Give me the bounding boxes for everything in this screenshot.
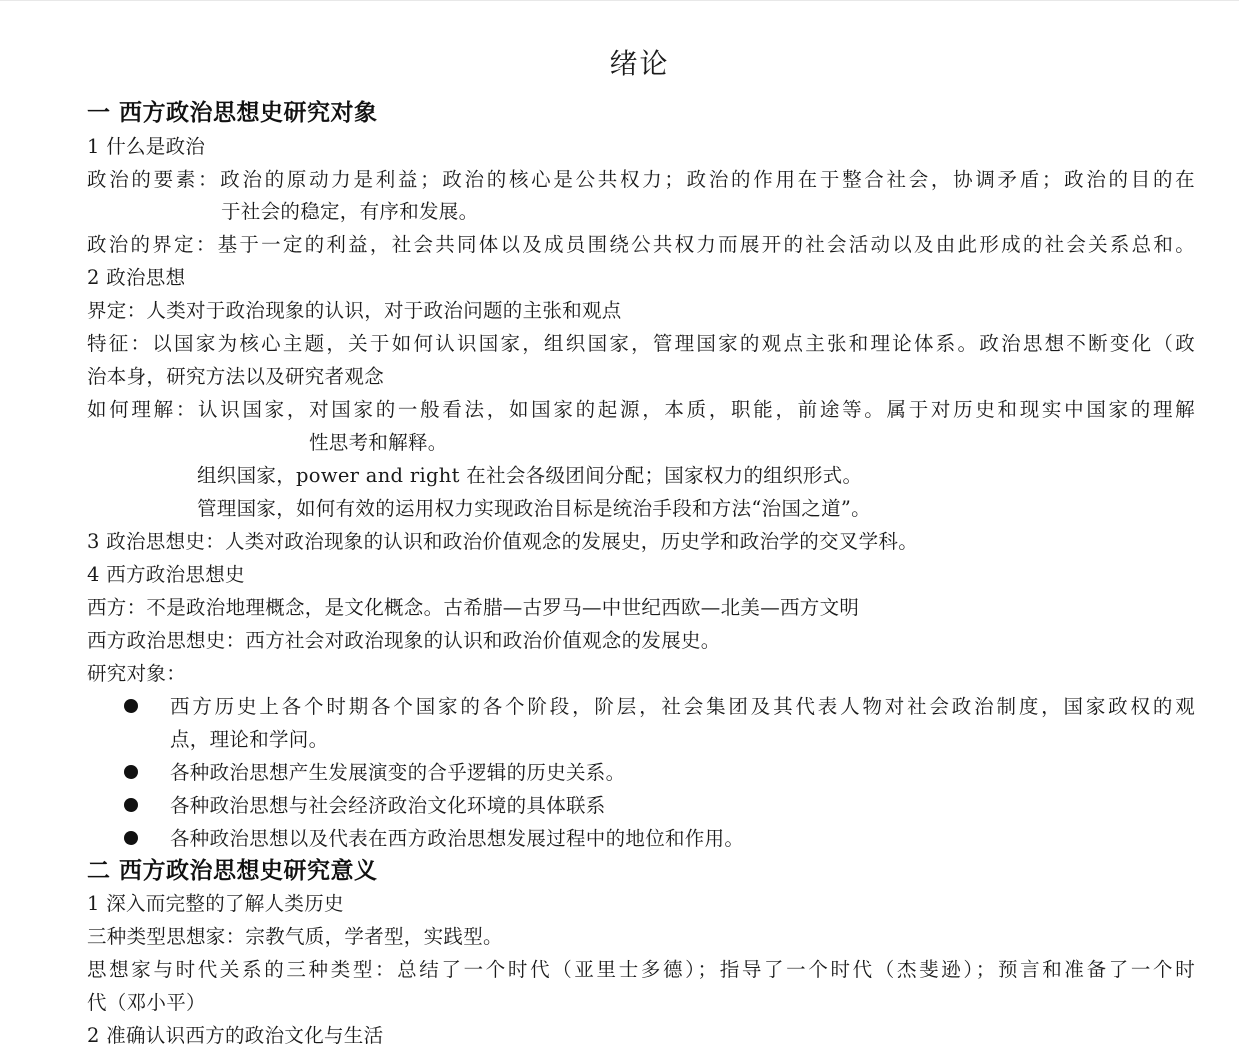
section-heading-2: 二 西方政治思想史研究意义 [87,855,378,887]
bullet-item: 各种政治思想产生发展演变的合乎逻辑的历史关系。 [170,758,625,788]
text-line: 治本身，研究方法以及研究者观念 [87,362,384,392]
text-line: 特征：以国家为核心主题，关于如何认识国家，组织国家，管理国家的观点主张和理论体系… [87,329,1195,359]
document-title: 绪论 [0,44,1239,84]
bullet-item: 西方历史上各个时期各个国家的各个阶段，阶层，社会集团及其代表人物对社会政治制度，… [170,692,1195,722]
text-line: 代（邓小平） [87,988,206,1018]
text-line: 如何理解：认识国家，对国家的一般看法，如国家的起源，本质，职能，前途等。属于对历… [87,395,1195,425]
text-line: 西方：不是政治地理概念，是文化概念。古希腊—古罗马—中世纪西欧—北美—西方文明 [87,593,859,623]
text-line: 界定：人类对于政治现象的认识，对于政治问题的主张和观点 [87,296,622,326]
bullet-icon [124,765,138,779]
text-line-indented: 组织国家，power and right 在社会各级团间分配；国家权力的组织形式… [197,461,862,491]
subheading-what-is-politics: 1 什么是政治 [87,132,205,162]
text-line: 政治的要素：政治的原动力是利益；政治的核心是公共权力；政治的作用在于整合社会，协… [87,165,1195,195]
section-heading-1: 一 西方政治思想史研究对象 [87,97,378,129]
subheading-western-political-thought: 4 西方政治思想史 [87,560,245,590]
bullet-icon [124,798,138,812]
text-line: 西方政治思想史：西方社会对政治现象的认识和政治价值观念的发展史。 [87,626,721,656]
text-line: 3 政治思想史：人类对政治现象的认识和政治价值观念的发展史，历史学和政治学的交叉… [87,527,918,557]
text-line-continuation: 于社会的稳定，有序和发展。 [221,197,478,227]
text-line: 思想家与时代关系的三种类型：总结了一个时代（亚里士多德）；指导了一个时代（杰斐逊… [87,955,1195,985]
text-line-continuation: 性思考和解释。 [309,428,448,458]
bullet-item: 各种政治思想与社会经济政治文化环境的具体联系 [170,791,606,821]
text-line: 三种类型思想家：宗教气质，学者型，实践型。 [87,922,503,952]
subheading-understand-history: 1 深入而完整的了解人类历史 [87,889,344,919]
bullet-icon [124,831,138,845]
bullet-item-continuation: 点，理论和学问。 [170,725,328,755]
subheading-political-thought: 2 政治思想 [87,263,185,293]
subheading-western-political-culture: 2 准确认识西方的政治文化与生活 [87,1021,383,1051]
document-page: 绪论 一 西方政治思想史研究对象 1 什么是政治 政治的要素：政治的原动力是利益… [0,0,1239,1053]
text-line: 研究对象： [87,659,186,689]
text-line-indented: 管理国家，如何有效的运用权力实现政治目标是统治手段和方法“治国之道”。 [197,494,871,524]
bullet-item: 各种政治思想以及代表在西方政治思想发展过程中的地位和作用。 [170,824,744,854]
text-line: 政治的界定：基于一定的利益，社会共同体以及成员围绕公共权力而展开的社会活动以及由… [87,230,1195,260]
bullet-icon [124,699,138,713]
